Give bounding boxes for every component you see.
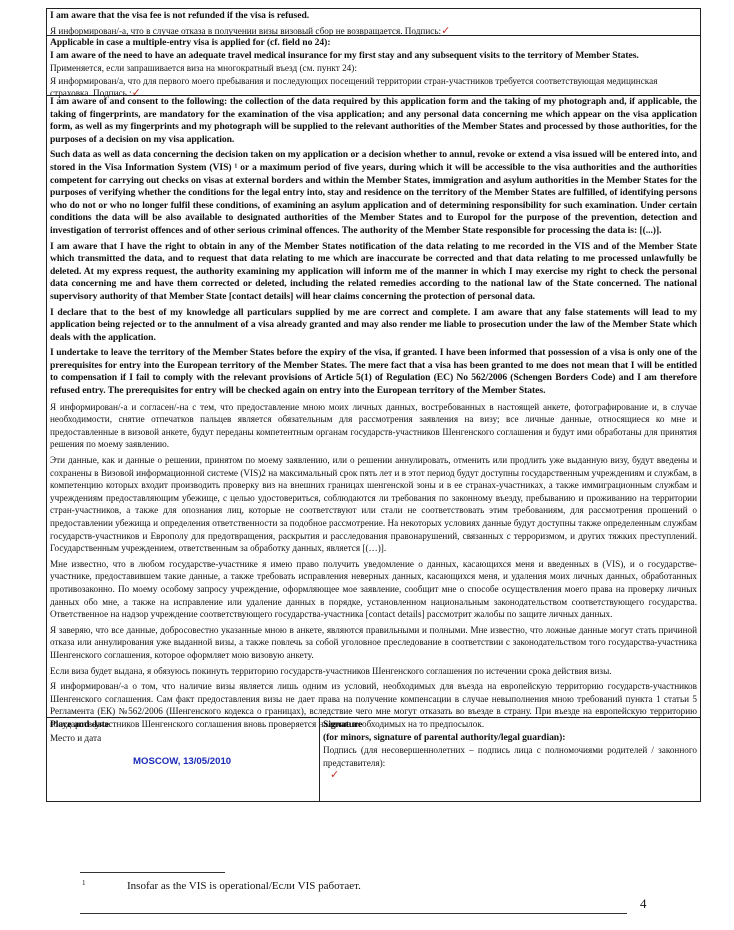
signature-label-ru: Подпись (для несовершеннолетних – подпис… (320, 744, 700, 769)
consent-declaration-box: I am aware of and consent to the followi… (46, 95, 701, 802)
footnote-number: 1 (82, 879, 86, 887)
footnote-text: Insofar as the VIS is operational/Если V… (127, 880, 361, 892)
signature-row: Place and date Место и дата MOSCOW, 13/0… (47, 717, 700, 801)
signature-sub-en: (for minors, signature of parental autho… (320, 732, 700, 745)
place-date-label-en: Place and date (47, 718, 319, 732)
consent-paragraph-en-4: I declare that to the best of my knowled… (47, 307, 700, 345)
multiple-entry-title-ru: Применяется, если запрашивается виза на … (47, 62, 700, 75)
consent-paragraph-en-3: I am aware that I have the right to obta… (47, 241, 700, 304)
consent-paragraph-ru-3: Мне известно, что в любом государстве-уч… (47, 558, 700, 621)
multiple-entry-text-en: I am aware of the need to have an adequa… (47, 50, 700, 63)
signature-checkmark-icon: ✓ (330, 768, 339, 781)
consent-paragraph-en-5: I undertake to leave the territory of th… (47, 347, 700, 397)
signature-cell[interactable]: Signature (for minors, signature of pare… (320, 718, 700, 801)
consent-paragraph-ru-2: Эти данные, как и данные о решении, прин… (47, 454, 700, 555)
consent-paragraph-en-2: Such data as well as data concerning the… (47, 149, 700, 237)
place-date-label-ru: Место и дата (47, 732, 319, 745)
consent-paragraph-en-1: I am aware of and consent to the followi… (47, 96, 700, 146)
footnote-separator (80, 872, 225, 873)
page-number: 4 (640, 896, 647, 912)
place-date-value: MOSCOW, 13/05/2010 (133, 756, 231, 767)
multiple-entry-title-en: Applicable in case a multiple-entry visa… (47, 36, 700, 50)
consent-paragraph-ru-4: Я заверяю, что все данные, добросовестно… (47, 624, 700, 662)
consent-paragraph-ru-1: Я информирован/-а и согласен/-на с тем, … (47, 401, 700, 451)
consent-paragraph-ru-5: Если виза будет выдана, я обязуюсь покин… (47, 665, 700, 678)
page-footer-rule (80, 913, 627, 914)
place-date-cell[interactable]: Place and date Место и дата MOSCOW, 13/0… (47, 718, 320, 801)
visa-fee-notice-box: I am aware that the visa fee is not refu… (46, 8, 701, 36)
signature-label-en: Signature (320, 718, 700, 732)
multiple-entry-insurance-box: Applicable in case a multiple-entry visa… (46, 35, 701, 96)
visa-fee-en: I am aware that the visa fee is not refu… (47, 9, 700, 23)
